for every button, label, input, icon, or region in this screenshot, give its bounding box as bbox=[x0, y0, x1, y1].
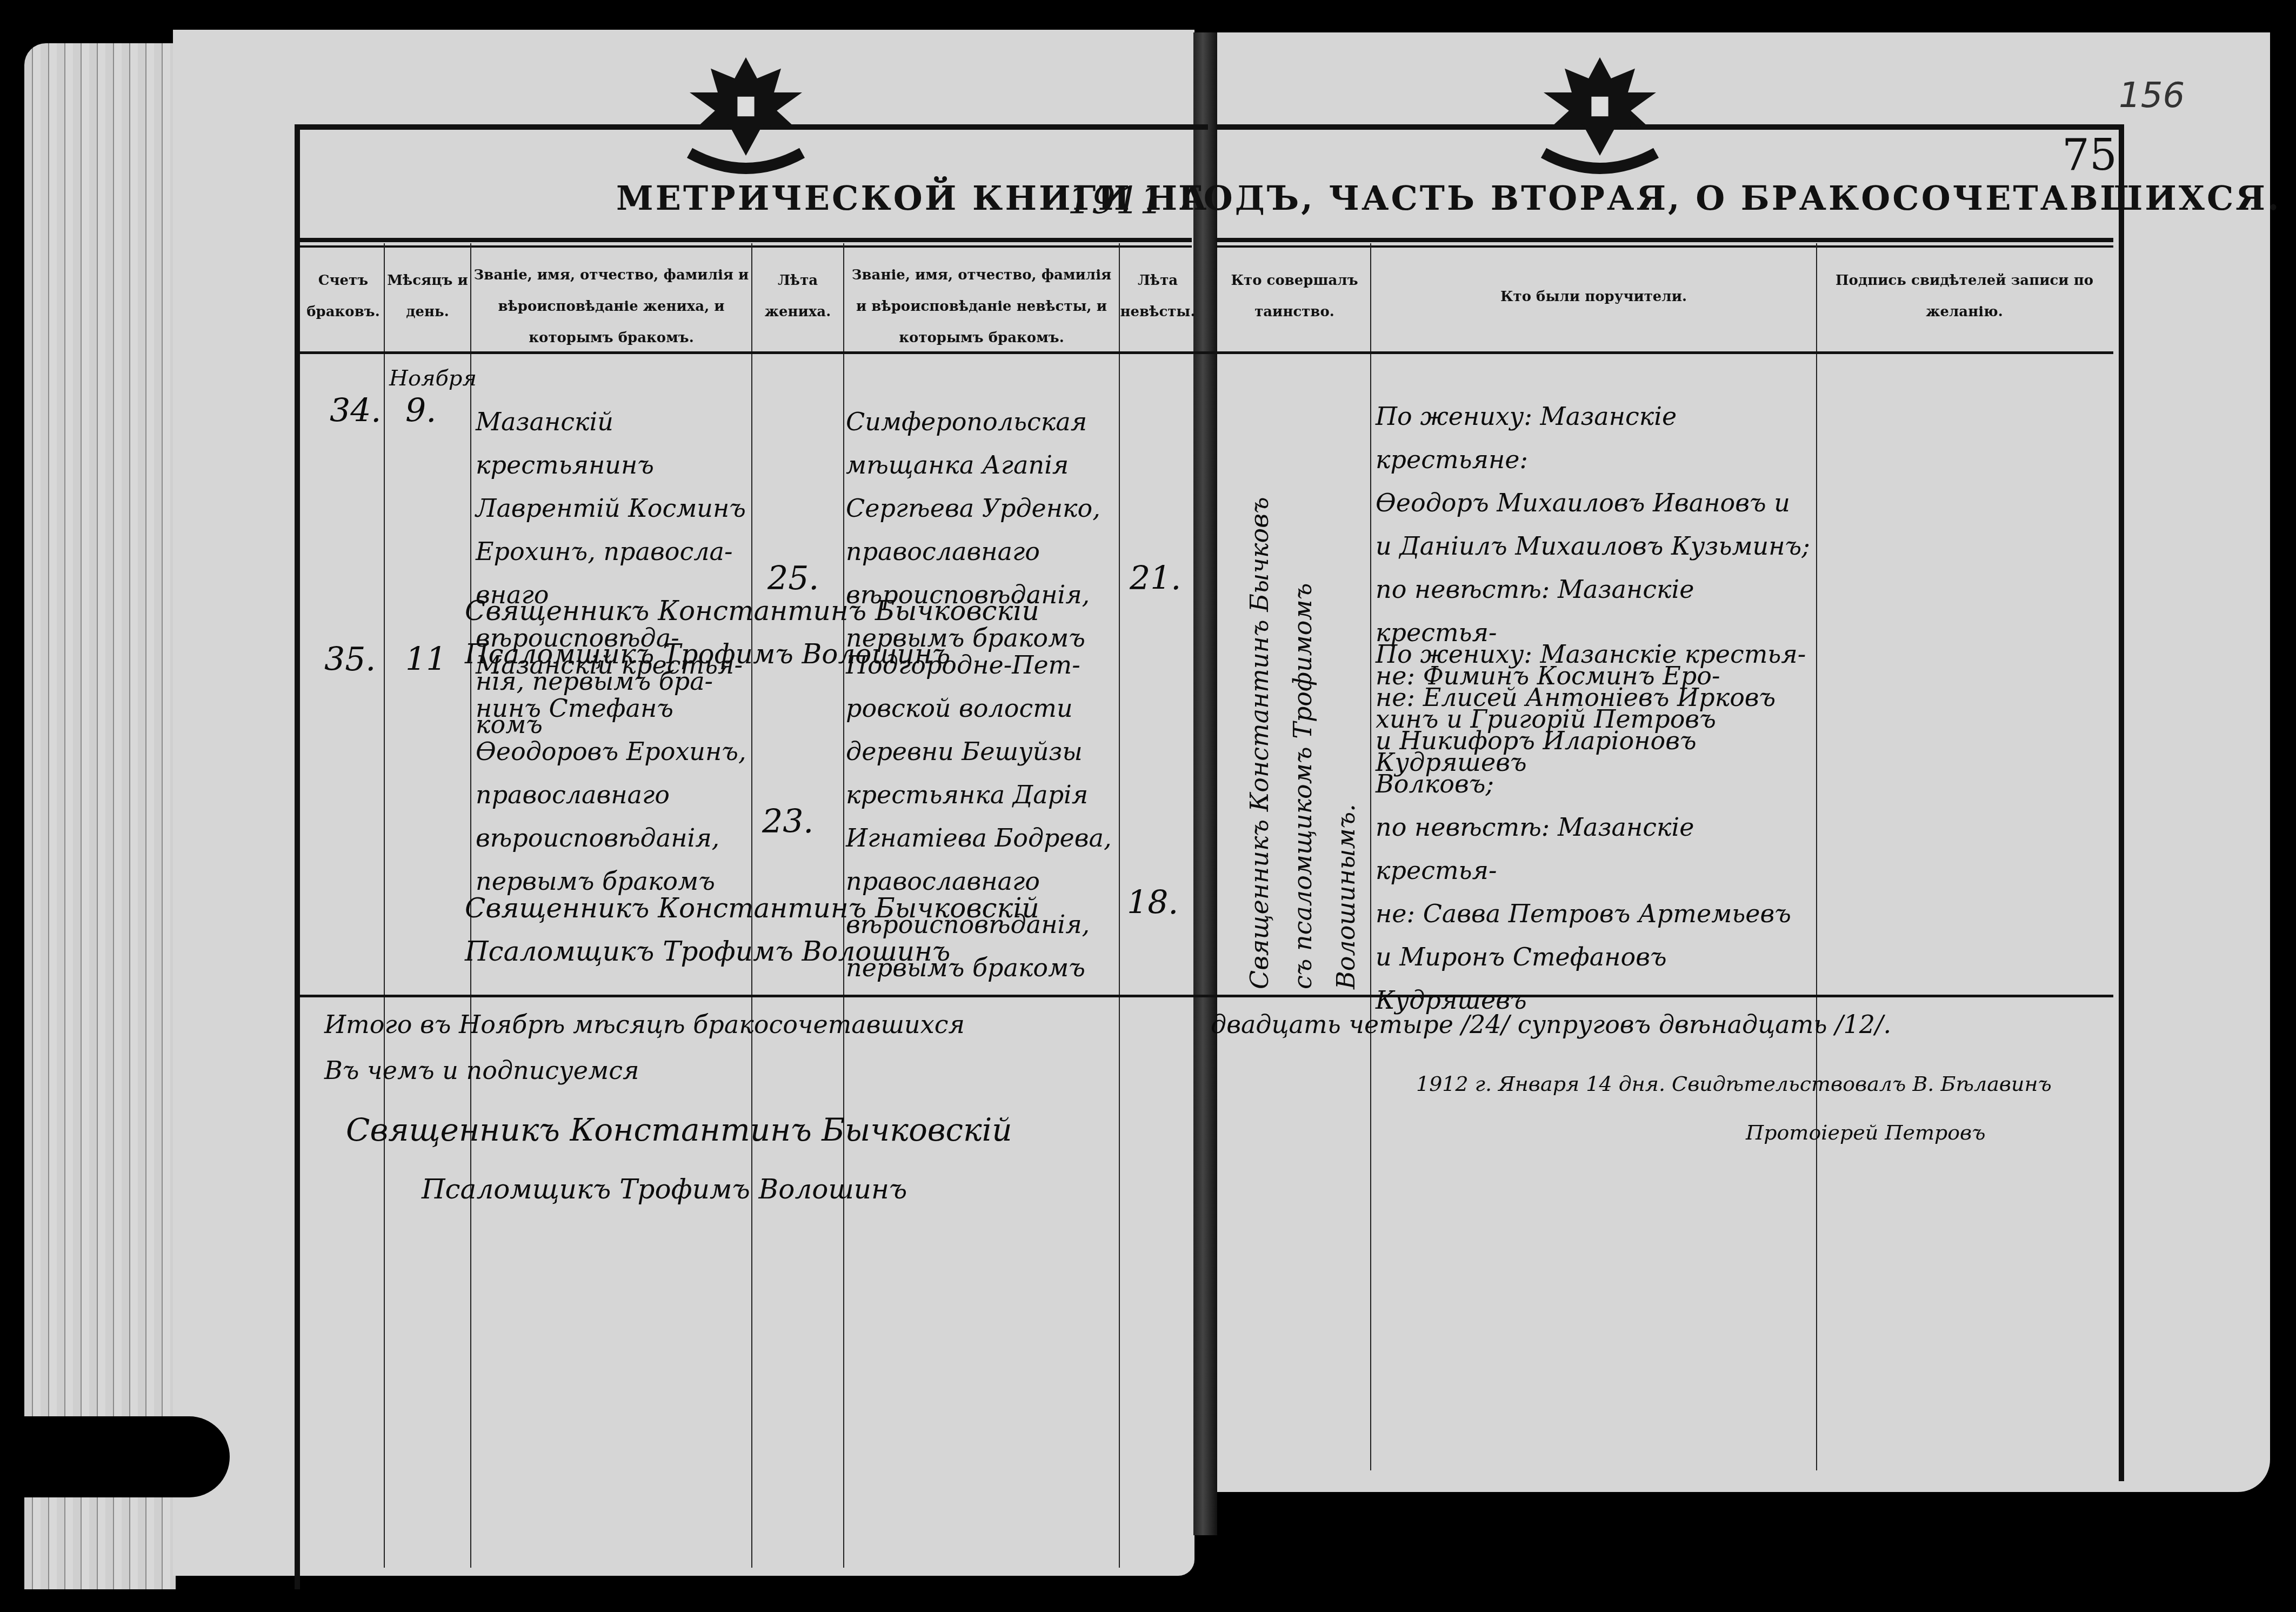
column-header-officiant: Кто совершалъ таинство. bbox=[1219, 265, 1370, 328]
summary-line-1-continued: двадцать четыре /24/ супруговъ двѣнадцат… bbox=[1211, 1003, 2130, 1046]
column-header-date: Мѣсяцъ и день. bbox=[385, 265, 470, 328]
imperial-eagle-crest-icon bbox=[676, 43, 816, 184]
entry-35-groom: Мазанскій крестья- нинъ Стефанъ Ѳеодоров… bbox=[476, 643, 751, 903]
year-handwritten: 1911 bbox=[1067, 178, 1164, 223]
column-header-bride: Званіе, имя, отчество, фамилія и вѣроисп… bbox=[844, 259, 1119, 354]
column-header-guarantors: Кто были поручители. bbox=[1371, 281, 1816, 312]
column-header-bride-age: Лѣта невѣсты. bbox=[1120, 265, 1196, 328]
summary-priest-signature: Священникъ Константинъ Бычковскій bbox=[346, 1108, 1211, 1151]
header-rule-left bbox=[300, 238, 1192, 248]
column-divider bbox=[384, 243, 385, 1568]
column-header-count: Счетъ браковъ. bbox=[303, 265, 384, 328]
book-title-right: ГОДЪ, ЧАСТЬ ВТОРАЯ, О БРАКОСОЧЕТАВШИХСЯ. bbox=[1178, 178, 2281, 218]
entry-35-day: 11 bbox=[405, 638, 446, 681]
entry-34-count: 34. bbox=[330, 389, 381, 432]
entry-34-day: 9. bbox=[405, 389, 436, 432]
column-divider bbox=[1370, 243, 1371, 1470]
column-header-groom-age: Лѣта жениха. bbox=[752, 265, 843, 328]
certification-line-2: Протоіерей Петровъ bbox=[1746, 1111, 2070, 1154]
entry-35-count: 35. bbox=[324, 638, 376, 681]
officiant-vertical-text: Священникъ Константинъ Бычковъ съ псалом… bbox=[1238, 497, 1367, 989]
entry-35-clergy-signature: Священникъ Константинъ Бычковскій Псалом… bbox=[465, 887, 1167, 973]
summary-line-2: Въ чемъ и подписуемся bbox=[324, 1049, 865, 1092]
summary-psalmist-signature: Псаломщикъ Трофимъ Волошинъ bbox=[422, 1168, 1178, 1211]
sheet-number: 156 bbox=[2119, 76, 2185, 116]
imperial-eagle-crest-icon bbox=[1530, 43, 1670, 184]
certification-line-1: 1912 г. Января 14 дня. Свидѣтельствовалъ… bbox=[1416, 1062, 2119, 1105]
page-stack-edge bbox=[24, 43, 176, 1589]
entries-bottom-rule bbox=[300, 995, 2113, 997]
page-clip bbox=[24, 1416, 230, 1497]
header-rule-right bbox=[1216, 238, 2113, 248]
entry-35-groom-age: 23. bbox=[762, 800, 813, 843]
page-number: 75 bbox=[2062, 130, 2117, 180]
officiant-text: Священникъ Константинъ Бычковъ съ псалом… bbox=[1238, 497, 1367, 989]
summary-line-1: Итого въ Ноябрѣ мѣсяцѣ бракосочетавшихся bbox=[324, 1003, 1216, 1046]
column-header-groom: Званіе, имя, отчество, фамилія и вѣроисп… bbox=[471, 259, 751, 354]
entry-35-guarantors: По жениху: Мазанскіе крестья- не: Елисей… bbox=[1376, 632, 1819, 1022]
column-header-signatures: Подпись свидѣтелей записи по желанію. bbox=[1817, 265, 2112, 328]
